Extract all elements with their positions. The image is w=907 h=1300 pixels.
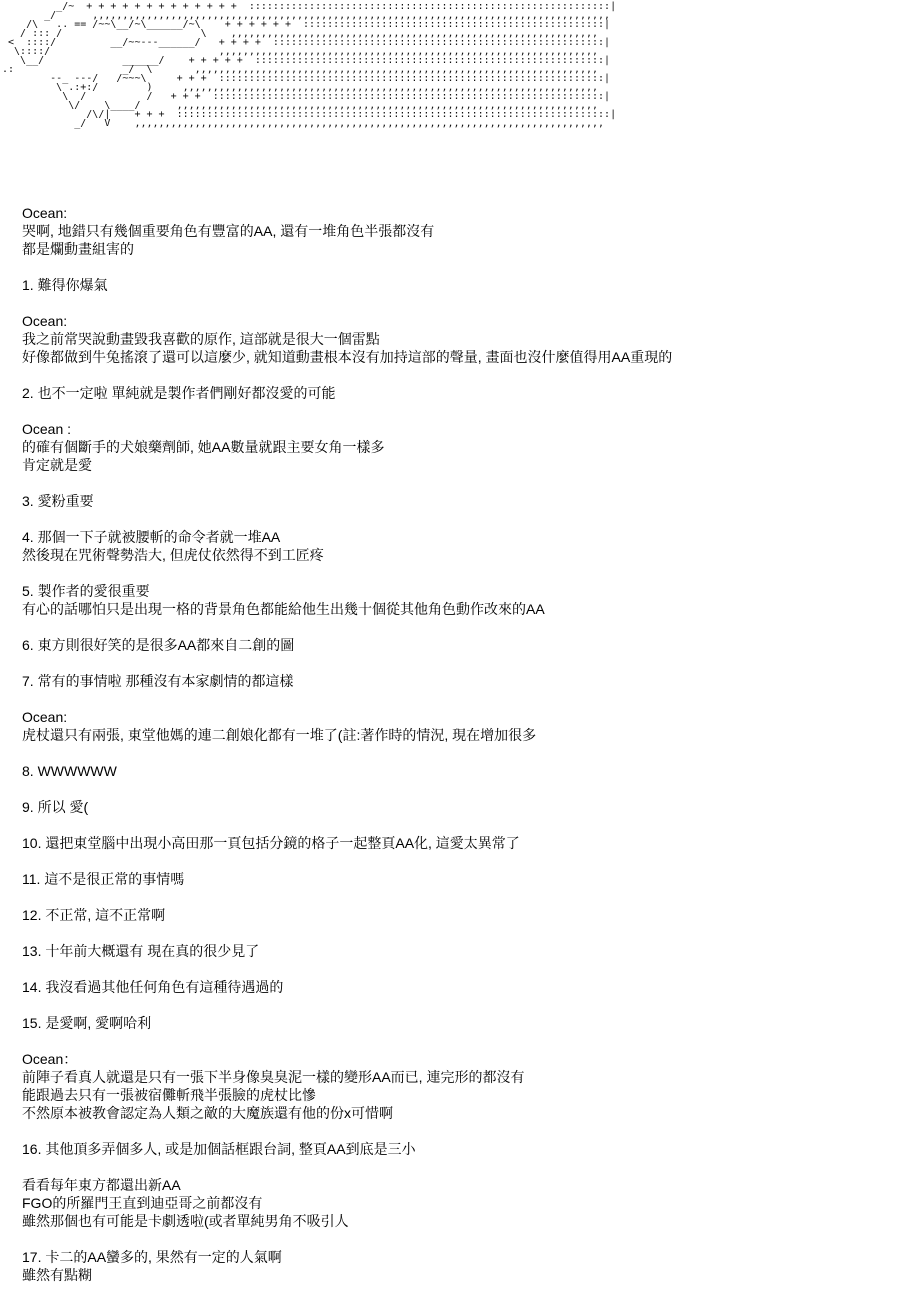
message-line: 13. 十年前大概還有 現在真的很少見了 [22, 942, 887, 960]
message-line: 17. 卡二的AA蠻多的, 果然有一定的人氣啊 [22, 1248, 887, 1266]
message-line: 1. 難得你爆氣 [22, 276, 887, 294]
message-line: 2. 也不一定啦 單純就是製作者們剛好都沒愛的可能 [22, 384, 887, 402]
message-line: 我之前常哭說動畫毀我喜歡的原作, 這部就是很大一個雷點 [22, 330, 887, 348]
speaker-label: Ocean : [22, 420, 887, 438]
message-block: 4. 那個一下子就被腰斬的命令者就一堆AA然後現在咒術聲勢浩大, 但虎仗依然得不… [22, 528, 887, 564]
message-line: 肯定就是愛 [22, 456, 887, 474]
speaker-label: Ocean: [22, 204, 887, 222]
message-block: 13. 十年前大概還有 現在真的很少見了 [22, 942, 887, 960]
message-line: 15. 是愛啊, 愛啊哈利 [22, 1014, 887, 1032]
conversation: Ocean:哭啊, 地錯只有幾個重要角色有豐富的AA, 還有一堆角色半張都沒有都… [0, 204, 907, 1284]
message-block: 10. 還把東堂腦中出現小高田那一頁包括分鏡的格子一起整頁AA化, 這愛太異常了 [22, 834, 887, 852]
ascii-art: _/~ + + + + + + + + + + + + + ::::::::::… [2, 2, 907, 128]
message-block: 2. 也不一定啦 單純就是製作者們剛好都沒愛的可能 [22, 384, 887, 402]
speaker-label: Ocean: [22, 312, 887, 330]
message-line: 8. WWWWWW [22, 762, 887, 780]
message-line: 都是爛動畫組害的 [22, 240, 887, 258]
message-line: 不然原本被教會認定為人類之敵的大魔族還有他的份x可惜啊 [22, 1104, 887, 1122]
message-line: 9. 所以 愛( [22, 798, 887, 816]
message-line: 12. 不正常, 這不正常啊 [22, 906, 887, 924]
message-block: 看看每年東方都還出新AAFGO的所羅門王直到迪亞哥之前都沒有雖然那個也有可能是卡… [22, 1176, 887, 1230]
message-line: 5. 製作者的愛很重要 [22, 582, 887, 600]
message-line: 雖然那個也有可能是卡劇透啦(或者單純男角不吸引人 [22, 1212, 887, 1230]
message-block: 8. WWWWWW [22, 762, 887, 780]
message-block: 14. 我沒看過其他任何角色有這種待遇過的 [22, 978, 887, 996]
message-block: 7. 常有的事情啦 那種沒有本家劇情的都這樣 [22, 672, 887, 690]
message-block: 3. 愛粉重要 [22, 492, 887, 510]
message-block: 17. 卡二的AA蠻多的, 果然有一定的人氣啊雖然有點糊 [22, 1248, 887, 1284]
message-line: 前陣子看真人就還是只有一張下半身像臭臭泥一樣的變形AA而已, 連完形的都沒有 [22, 1068, 887, 1086]
message-block: Ocean:虎杖還只有兩張, 東堂他媽的連二創娘化都有一堆了(註:著作時的情況,… [22, 708, 887, 744]
message-line: 的確有個斷手的犬娘藥劑師, 她AA數量就跟主要女角一樣多 [22, 438, 887, 456]
message-block: 12. 不正常, 這不正常啊 [22, 906, 887, 924]
message-line: 6. 東方則很好笑的是很多AA都來自二創的圖 [22, 636, 887, 654]
speaker-label: Ocean: [22, 708, 887, 726]
message-line: 好像都做到牛兔搖滾了還可以這麼少, 就知道動畫根本沒有加持這部的聲量, 畫面也沒… [22, 348, 887, 366]
message-line: 4. 那個一下子就被腰斬的命令者就一堆AA [22, 528, 887, 546]
message-block: 16. 其他頂多弄個多人, 或是加個話框跟台詞, 整頁AA到底是三小 [22, 1140, 887, 1158]
message-block: Ocean :的確有個斷手的犬娘藥劑師, 她AA數量就跟主要女角一樣多肯定就是愛 [22, 420, 887, 474]
message-line: FGO的所羅門王直到迪亞哥之前都沒有 [22, 1194, 887, 1212]
speaker-label: Ocean： [22, 1050, 887, 1068]
message-block: 1. 難得你爆氣 [22, 276, 887, 294]
message-block: Ocean：前陣子看真人就還是只有一張下半身像臭臭泥一樣的變形AA而已, 連完形… [22, 1050, 887, 1122]
thread-page: _/~ + + + + + + + + + + + + + ::::::::::… [0, 2, 907, 1284]
message-line: 14. 我沒看過其他任何角色有這種待遇過的 [22, 978, 887, 996]
message-line: 雖然有點糊 [22, 1266, 887, 1284]
message-line: 能跟過去只有一張被宿儺斬飛半張臉的虎杖比慘 [22, 1086, 887, 1104]
message-line: 虎杖還只有兩張, 東堂他媽的連二創娘化都有一堆了(註:著作時的情況, 現在增加很… [22, 726, 887, 744]
message-line: 16. 其他頂多弄個多人, 或是加個話框跟台詞, 整頁AA到底是三小 [22, 1140, 887, 1158]
message-line: 7. 常有的事情啦 那種沒有本家劇情的都這樣 [22, 672, 887, 690]
message-line: 有心的話哪怕只是出現一格的背景角色都能給他生出幾十個從其他角色動作改來的AA [22, 600, 887, 618]
message-line: 看看每年東方都還出新AA [22, 1176, 887, 1194]
message-line: 11. 這不是很正常的事情嗎 [22, 870, 887, 888]
message-block: 9. 所以 愛( [22, 798, 887, 816]
message-block: 5. 製作者的愛很重要有心的話哪怕只是出現一格的背景角色都能給他生出幾十個從其他… [22, 582, 887, 618]
message-block: 15. 是愛啊, 愛啊哈利 [22, 1014, 887, 1032]
message-line: 哭啊, 地錯只有幾個重要角色有豐富的AA, 還有一堆角色半張都沒有 [22, 222, 887, 240]
message-line: 10. 還把東堂腦中出現小高田那一頁包括分鏡的格子一起整頁AA化, 這愛太異常了 [22, 834, 887, 852]
message-block: 6. 東方則很好笑的是很多AA都來自二創的圖 [22, 636, 887, 654]
message-block: Ocean:我之前常哭說動畫毀我喜歡的原作, 這部就是很大一個雷點好像都做到牛兔… [22, 312, 887, 366]
message-line: 3. 愛粉重要 [22, 492, 887, 510]
message-line: 然後現在咒術聲勢浩大, 但虎仗依然得不到工匠疼 [22, 546, 887, 564]
message-block: Ocean:哭啊, 地錯只有幾個重要角色有豐富的AA, 還有一堆角色半張都沒有都… [22, 204, 887, 258]
message-block: 11. 這不是很正常的事情嗎 [22, 870, 887, 888]
